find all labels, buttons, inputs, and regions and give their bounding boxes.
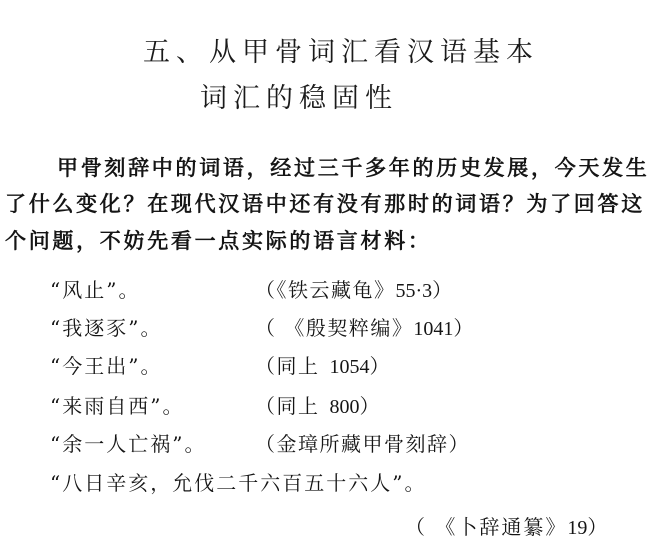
paragraph-line-2: 了什么变化？在现代汉语中还有没有那时的词语？为了回答这 [5,188,653,218]
heading-line-1: 五、从甲骨词汇看汉语基本 [143,30,539,69]
citation-number: 55·3） [396,280,453,302]
example-citation: （同上 800） [255,390,380,419]
example-citation: （同上 1054） [255,350,390,379]
citation-source: （ 《殷契粹编》 [255,316,413,340]
citation-source: （同上 [255,354,320,378]
example-quote: “今王出”。 [50,350,162,379]
citation-source: （金璋所藏甲骨刻辞） [255,432,470,456]
citation-source: （《铁云藏龟》 [255,278,396,302]
example-citation: （金璋所藏甲骨刻辞） [255,428,470,457]
example-citation: （《铁云藏龟》55·3） [255,274,452,303]
citation-number: 19） [567,517,607,539]
final-citation: （ 《卜辞通纂》19） [405,511,607,540]
heading-line-2: 词汇的稳固性 [200,76,398,115]
citation-source: （同上 [255,394,320,418]
citation-number: 1054） [320,356,390,378]
example-citation: （ 《殷契粹编》1041） [255,312,473,341]
example-quote: “余一人亡祸”。 [50,428,206,457]
example-quote: “我逐豕”。 [50,312,162,341]
citation-number: 800） [320,396,380,418]
example-quote: “风止”。 [50,274,140,303]
example-quote: “八日辛亥，允伐二千六百五十六人”。 [50,467,426,496]
citation-number: 1041） [413,318,473,340]
example-quote: “来雨自西”。 [50,390,184,419]
citation-source: （ 《卜辞通纂》 [405,515,567,539]
paragraph-line-3: 个问题，不妨先看一点实际的语言材料： [5,225,653,255]
paragraph-line-1: 甲骨刻辞中的词语，经过三千多年的历史发展，今天发生 [57,152,654,182]
